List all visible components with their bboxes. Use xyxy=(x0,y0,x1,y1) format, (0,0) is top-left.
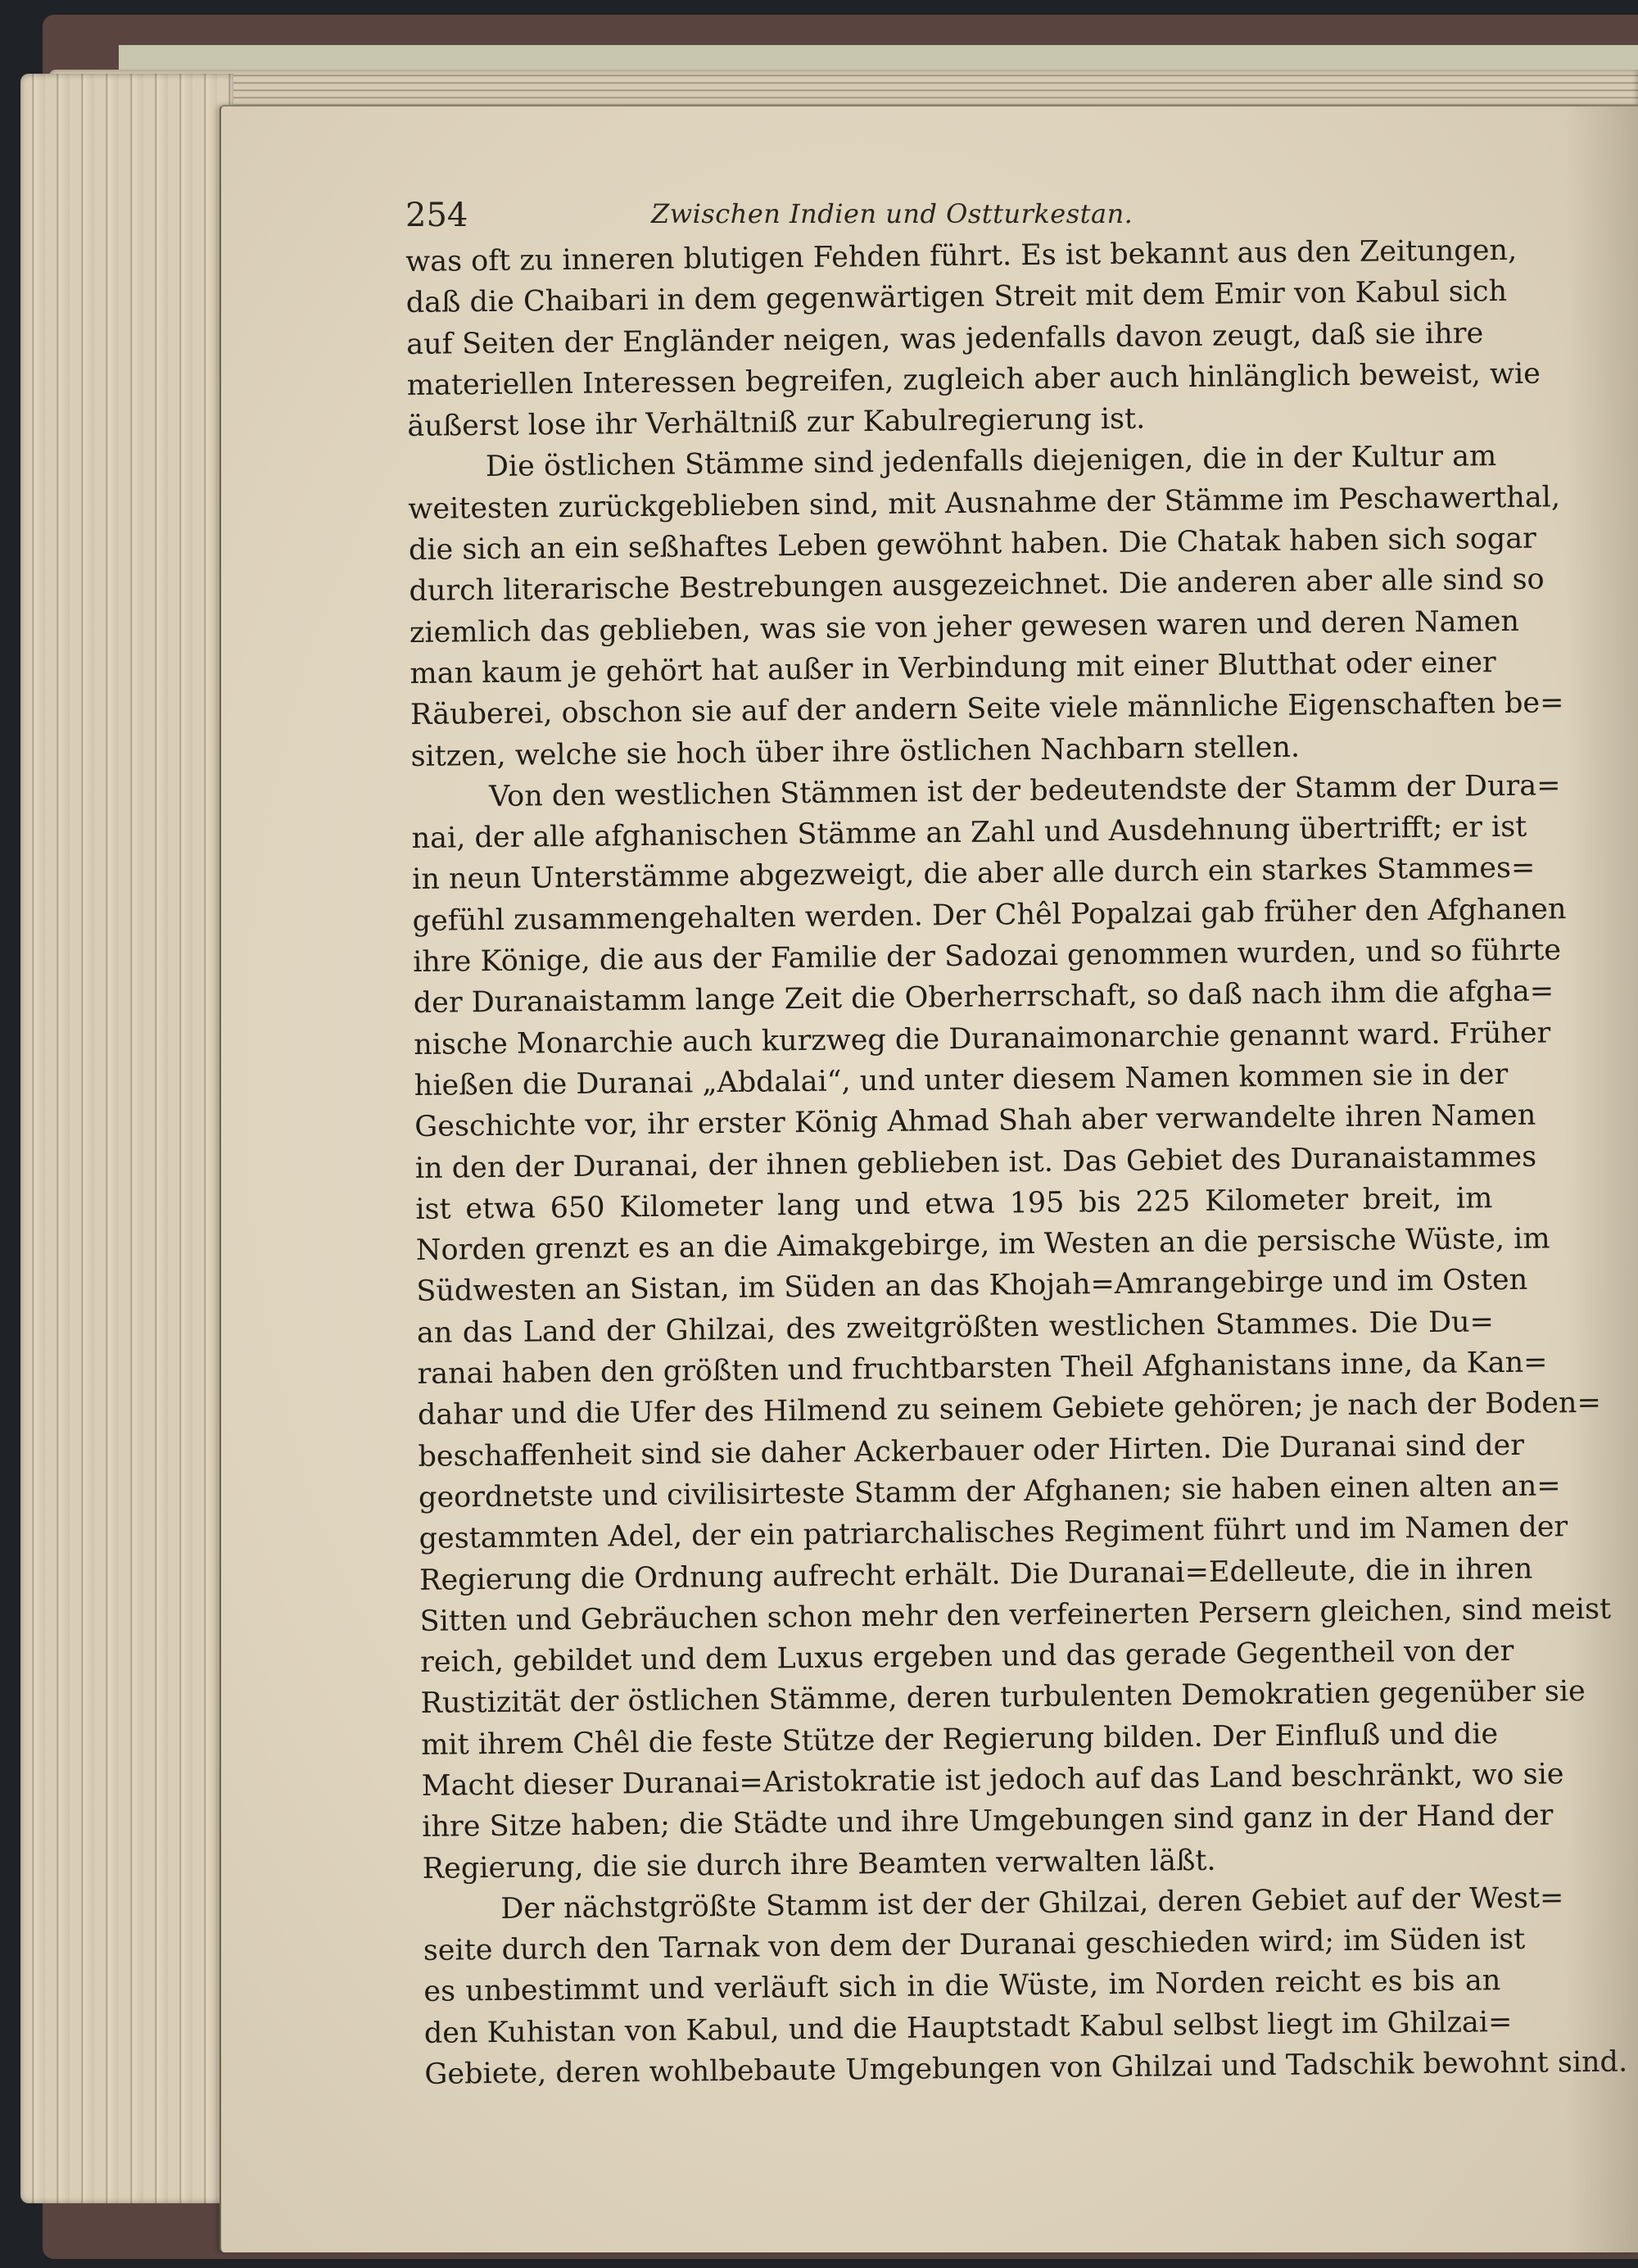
page-stack-left-edges xyxy=(20,74,233,2203)
body-text: was oft zu inneren blutigen Fehden führt… xyxy=(405,230,1502,2095)
book-page: 254 Zwischen Indien und Ostturkestan. wa… xyxy=(219,105,1638,2252)
running-head: 254 Zwischen Indien und Ostturkestan. xyxy=(405,188,1413,238)
page-number: 254 xyxy=(405,197,468,234)
running-title: Zwischen Indien und Ostturkestan. xyxy=(651,198,1133,229)
